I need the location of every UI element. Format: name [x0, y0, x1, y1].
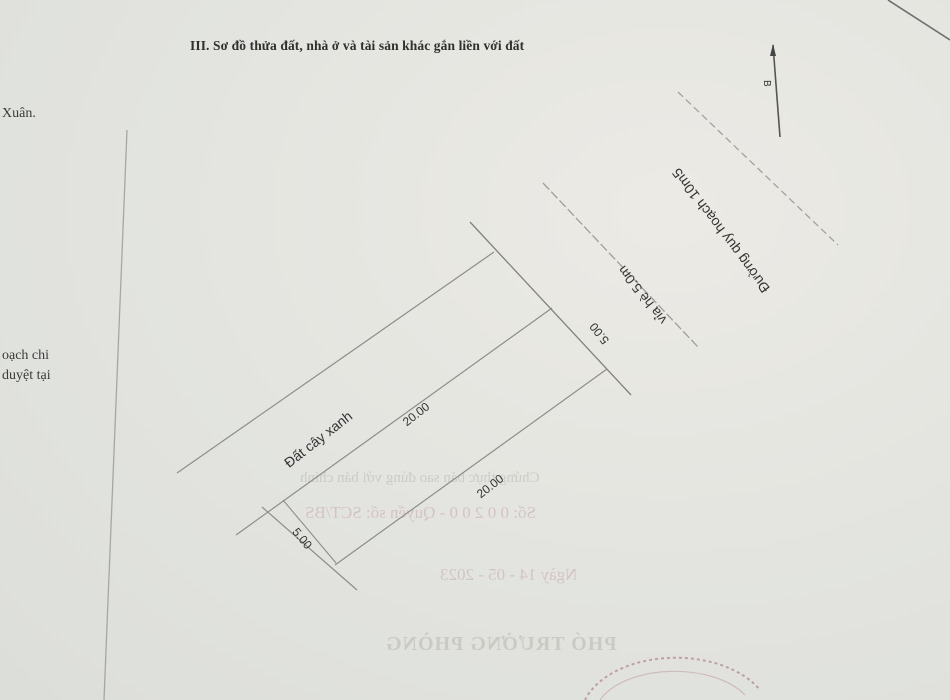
- lot-back-edge: [262, 507, 357, 590]
- page-corner-edge: [888, 0, 950, 40]
- green-land-boundary: [177, 252, 494, 473]
- official-stamp: [585, 658, 760, 700]
- road-boundary-line: [678, 92, 838, 245]
- north-label: B: [761, 80, 772, 87]
- sidewalk-line: [543, 183, 698, 347]
- north-arrow-icon: [770, 44, 780, 137]
- parcel-diagram: [0, 0, 950, 700]
- lot-side-south: [335, 369, 607, 565]
- margin-fold-line: [104, 130, 127, 700]
